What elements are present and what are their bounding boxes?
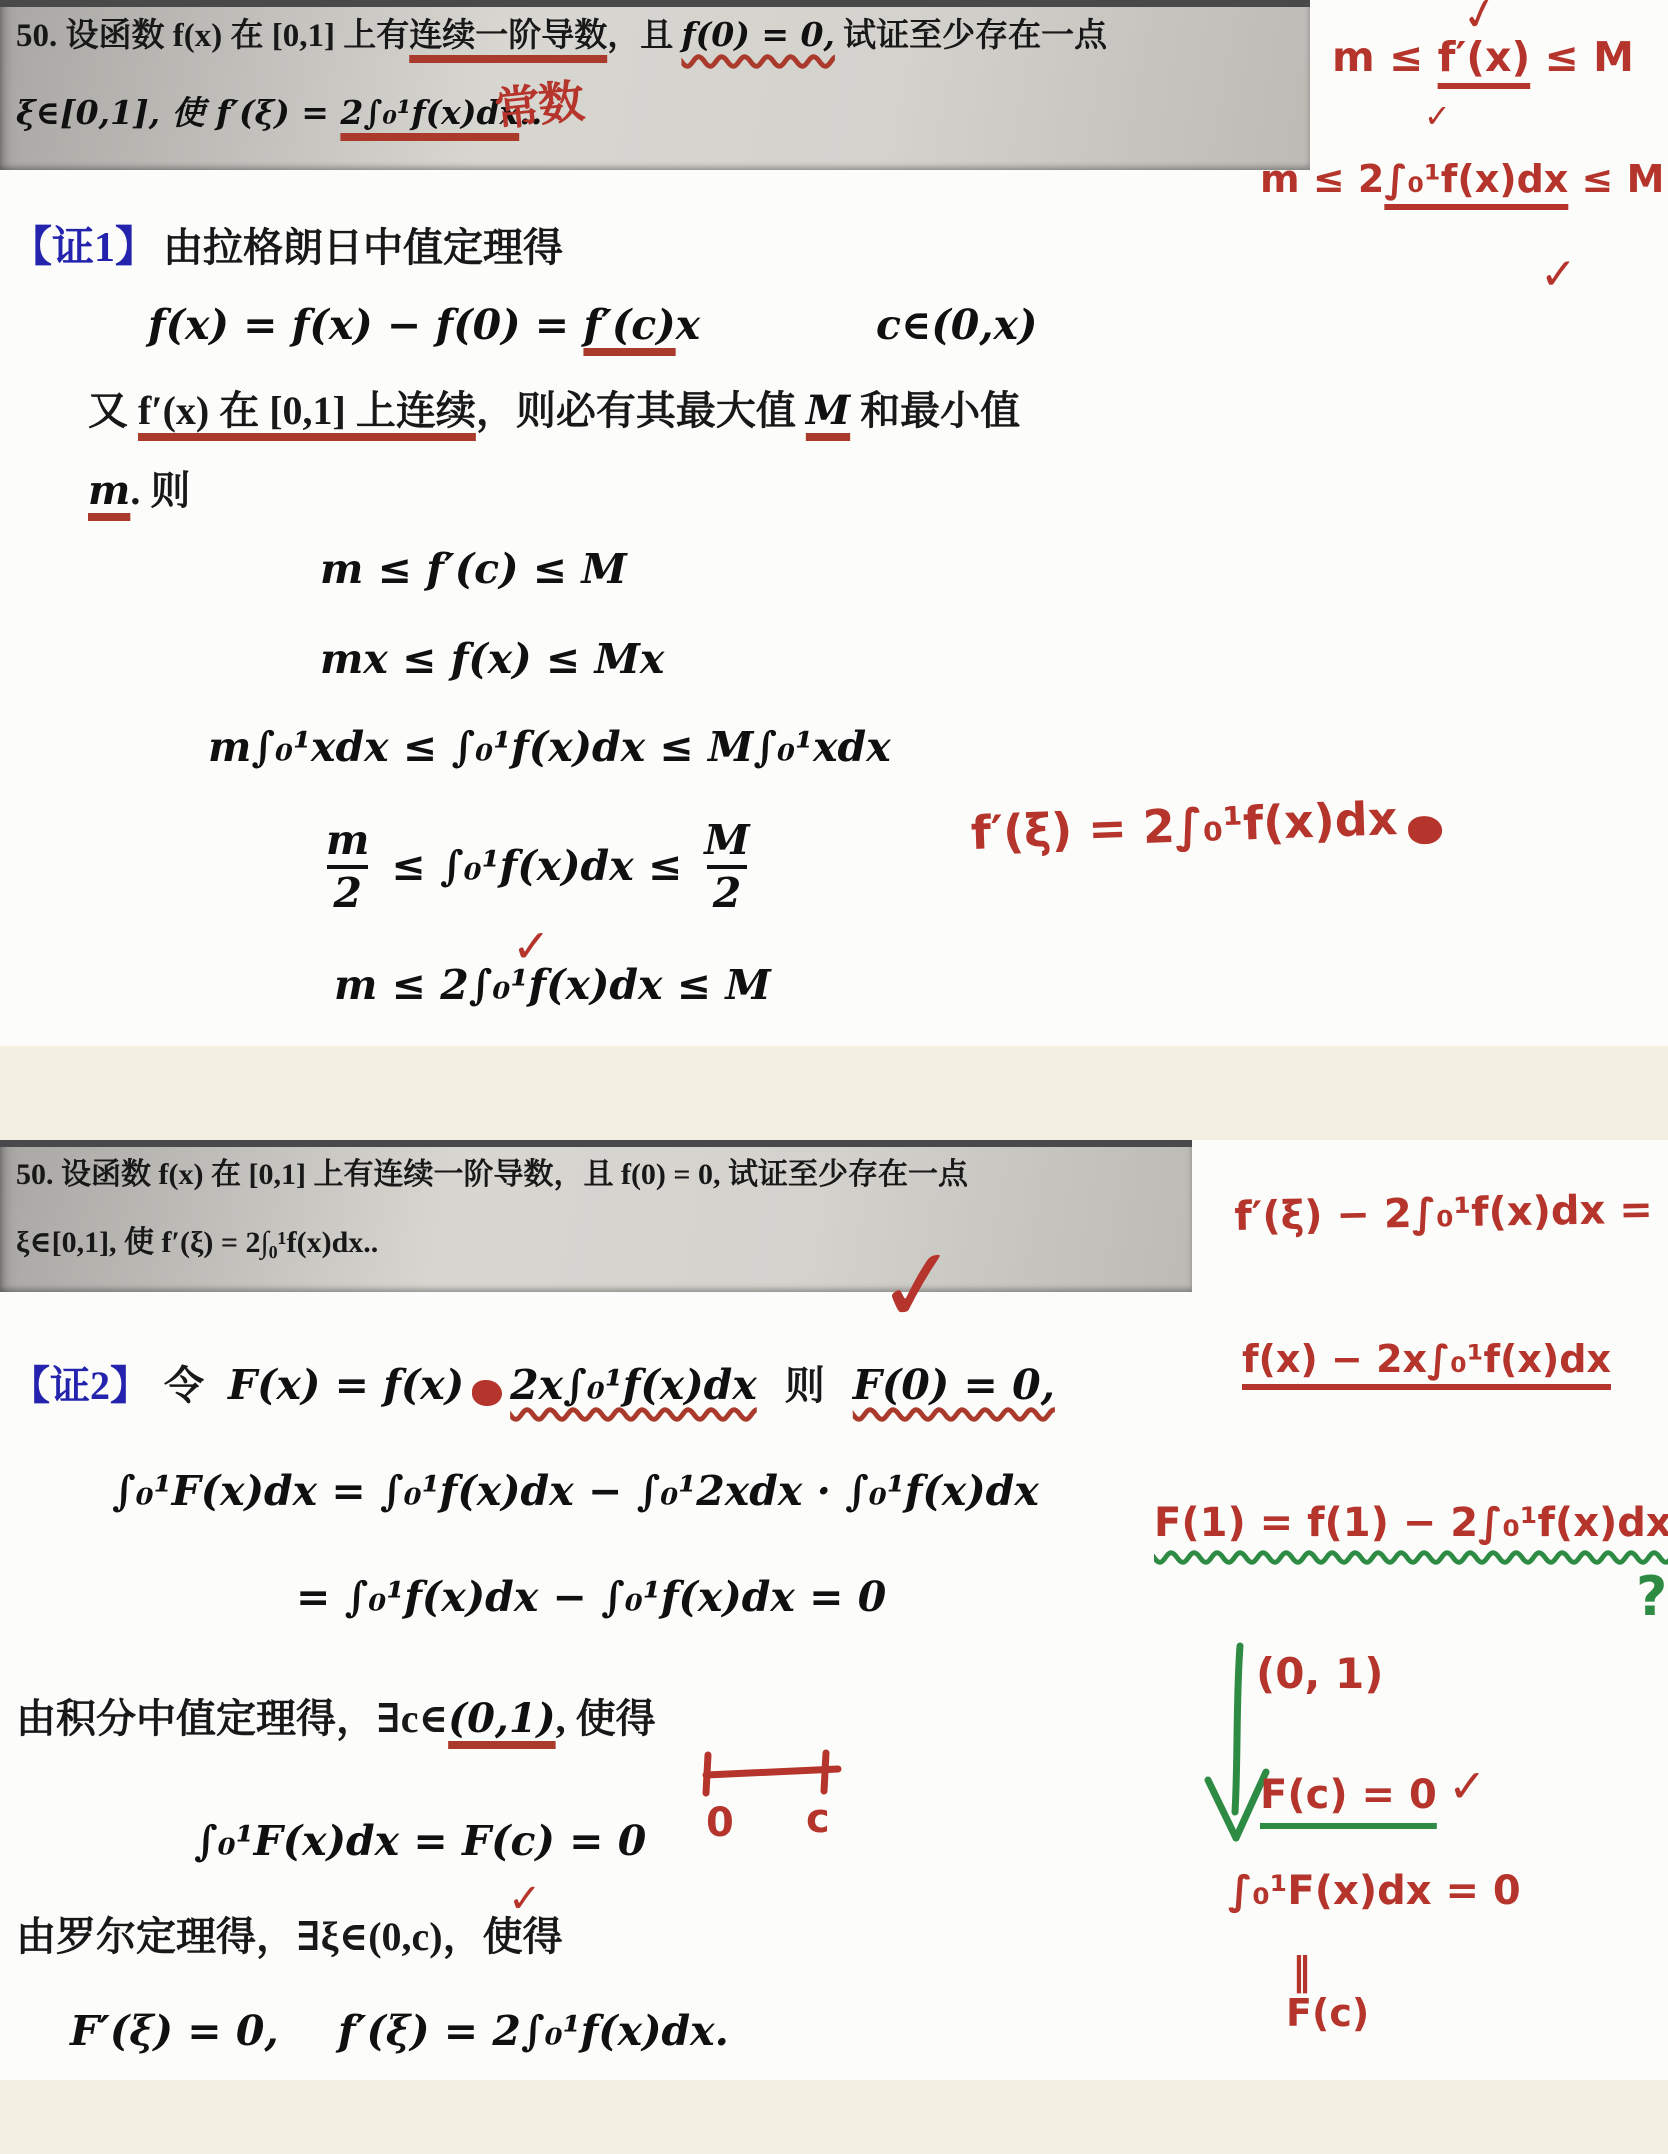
eq-lagrange: f(x) = f(x) − f(0) = f′(c)x — [148, 302, 700, 349]
proof2-rolle-line: 由罗尔定理得，∃ξ∈(0,c)，使得 — [16, 1914, 563, 1960]
proof1-continuity-line: 又 f′(x) 在 [0,1] 上连续，则必有其最大值 M 和最小值 — [88, 388, 1020, 434]
hw-eq-zero: f′(ξ) − 2∫₀¹f(x)dx = 0 — [1234, 1186, 1668, 1240]
checkmark-ineq2: ✓ — [1540, 250, 1577, 301]
proof2-heading-line: 【证2】 令 F(x) = f(x) 2x∫₀¹f(x)dx 则 F(0) = … — [10, 1362, 1055, 1409]
proof1-title: 由拉格朗日中值定理得 — [163, 225, 563, 271]
hw-ineq2-underlined: ∫₀¹f(x)dx — [1384, 157, 1568, 201]
proof2-ivt-line: 由积分中值定理得，∃c∈(0,1), 使得 — [16, 1696, 656, 1742]
fraction-M-2: M 2 — [698, 820, 755, 914]
frac-M-num: M — [698, 820, 755, 865]
hw-fc-label: F(c) — [1286, 1992, 1369, 2036]
hw-eq-F1: F(1) = f(1) − 2∫₀¹f(x)dx — [1154, 1500, 1668, 1546]
cont-mid: ，则必有其最大值 — [476, 388, 806, 433]
big-checkmark: ✓ — [870, 1224, 965, 1347]
problem1-line1-mid: ，且 — [607, 18, 681, 54]
frac-M-den: 2 — [707, 865, 748, 914]
cont-pre: 又 — [88, 388, 138, 433]
checkmark-Fc: ✓ — [1448, 1760, 1487, 1813]
lecture-slide-page: 50. 设函数 f(x) 在 [0,1] 上有连续一阶导数，且 f(0) = 0… — [0, 0, 1668, 2154]
hw-ineq1-pre: m ≤ — [1332, 33, 1438, 81]
problem1-line1-underlined: 连续一阶导数 — [409, 18, 607, 54]
hw-conclusion-text: f′(ξ) = 2∫₀¹f(x)dx — [970, 792, 1398, 860]
ivt-pre: 由积分中值定理得，∃c∈ — [16, 1696, 448, 1741]
cont-post: 和最小值 — [850, 388, 1020, 433]
eq-mx-fx-Mx: mx ≤ f(x) ≤ Mx — [320, 636, 664, 683]
hw-conclusion-proof1: f′(ξ) = 2∫₀¹f(x)dx — [970, 790, 1442, 860]
eq-lagrange-pre: f(x) = f(x) − f(0) = — [148, 301, 583, 349]
number-line-label-c: c — [806, 1796, 830, 1842]
hw-ineq-fprime: m ≤ f′(x) ≤ M — [1332, 34, 1634, 81]
problem1-line1-post: 试证至少存在一点 — [835, 18, 1107, 54]
m-post: . 则 — [130, 468, 190, 513]
eq-lagrange-post: x — [676, 301, 700, 349]
eq-lineA: ∫₀¹F(x)dx = ∫₀¹f(x)dx − ∫₀¹2xdx · ∫₀¹f(x… — [112, 1468, 1039, 1515]
proof1-tag: 【证1】 — [10, 224, 157, 272]
hw-ineq1-underlined: f′(x) — [1438, 33, 1531, 81]
handwritten-note-constant: 常数 — [492, 75, 585, 137]
problem1-line1: 50. 设函数 f(x) 在 [0,1] 上有连续一阶导数，且 f(0) = 0… — [16, 16, 1107, 56]
hw-ineq-integral: m ≤ 2∫₀¹f(x)dx ≤ M — [1260, 158, 1664, 202]
frac-m-num: m — [320, 820, 375, 865]
bottom-strip — [0, 2080, 1668, 2154]
divider-band — [0, 1046, 1668, 1140]
number-line-label-0: 0 — [706, 1800, 734, 1846]
red-blob-minus — [472, 1380, 502, 1406]
ivt-interval-underlined: (0,1) — [448, 1695, 555, 1742]
ivt-post: , 使得 — [556, 1696, 656, 1741]
eq-final-Fprime: F′(ξ) = 0, — [70, 2008, 279, 2055]
eq-half-bounds: m 2 ≤ ∫₀¹f(x)dx ≤ M 2 — [320, 820, 756, 914]
fraction-m-2: m 2 — [320, 820, 375, 914]
proof2-F0: F(0) = 0, — [853, 1362, 1055, 1409]
proof2-def-left: F(x) = f(x) — [228, 1362, 464, 1409]
problem1-line1-pre: 50. 设函数 f(x) 在 [0,1] 上有 — [16, 18, 409, 54]
eq-lagrange-fprime-c: f′(c) — [583, 301, 675, 349]
proof2-let: 令 — [164, 1363, 204, 1409]
green-question-mark: ? — [1636, 1566, 1667, 1628]
proof1-m-line: m. 则 — [88, 468, 190, 514]
hw-eq-intF: ∫₀¹F(x)dx = 0 — [1228, 1868, 1521, 1914]
problem2-line2: ξ∈[0,1], 使 f′(ξ) = 2∫₀¹f(x)dx.. — [16, 1226, 378, 1261]
hw-eq-fx: f(x) − 2x∫₀¹f(x)dx — [1242, 1338, 1611, 1382]
problem1-line2-pre: ξ∈[0,1], 使 f′(ξ) = — [16, 93, 340, 132]
cont-M: M — [806, 387, 850, 434]
problem1-line2: ξ∈[0,1], 使 f′(ξ) = 2∫₀¹f(x)dx.. — [16, 94, 542, 134]
eq-half-mid: ≤ ∫₀¹f(x)dx ≤ — [391, 843, 682, 890]
hw-ineq1-post: ≤ M — [1530, 33, 1634, 81]
m-underlined: m — [88, 467, 130, 514]
eq-final-result: f′(ξ) = 2∫₀¹f(x)dx. — [338, 2008, 729, 2055]
problem1-line2-integral: 2∫₀¹f(x)dx — [340, 93, 519, 132]
problem1-line1-f0: f(0) = 0, — [681, 15, 834, 54]
hw-equals-bar: ‖ — [1292, 1950, 1311, 1994]
hw-ineq2-post: ≤ M — [1568, 157, 1664, 201]
eq-lineB: = ∫₀¹f(x)dx − ∫₀¹f(x)dx = 0 — [296, 1574, 886, 1621]
eq-lagrange-condition: c∈(0,x) — [876, 302, 1037, 349]
eq-intFc: ∫₀¹F(x)dx = F(c) = 0 — [194, 1818, 646, 1865]
problem2-line1: 50. 设函数 f(x) 在 [0,1] 上有连续一阶导数，且 f(0) = 0… — [16, 1158, 968, 1193]
eq-final-bounds: m ≤ 2∫₀¹f(x)dx ≤ M — [334, 962, 771, 1009]
proof2-tag: 【证2】 — [10, 1363, 150, 1409]
frac-m-den: 2 — [327, 865, 368, 914]
red-blob-marker — [1407, 816, 1442, 845]
eq-m-fprime-M: m ≤ f′(c) ≤ M — [320, 546, 627, 593]
proof1-heading: 【证1】 由拉格朗日中值定理得 — [10, 224, 563, 272]
checkmark-under-fprime: ✓ — [1424, 98, 1451, 135]
hw-eq-Fc: F(c) = 0 — [1260, 1772, 1437, 1818]
proof2-def-right: 2x∫₀¹f(x)dx — [510, 1362, 757, 1409]
green-down-arrow — [1186, 1640, 1296, 1855]
eq-integral-bounds: m∫₀¹xdx ≤ ∫₀¹f(x)dx ≤ M∫₀¹xdx — [208, 724, 891, 771]
proof2-then: 则 — [785, 1363, 825, 1409]
hw-ineq2-pre: m ≤ 2 — [1260, 157, 1384, 201]
cont-underlined: f′(x) 在 [0,1] 上连续 — [138, 388, 476, 433]
